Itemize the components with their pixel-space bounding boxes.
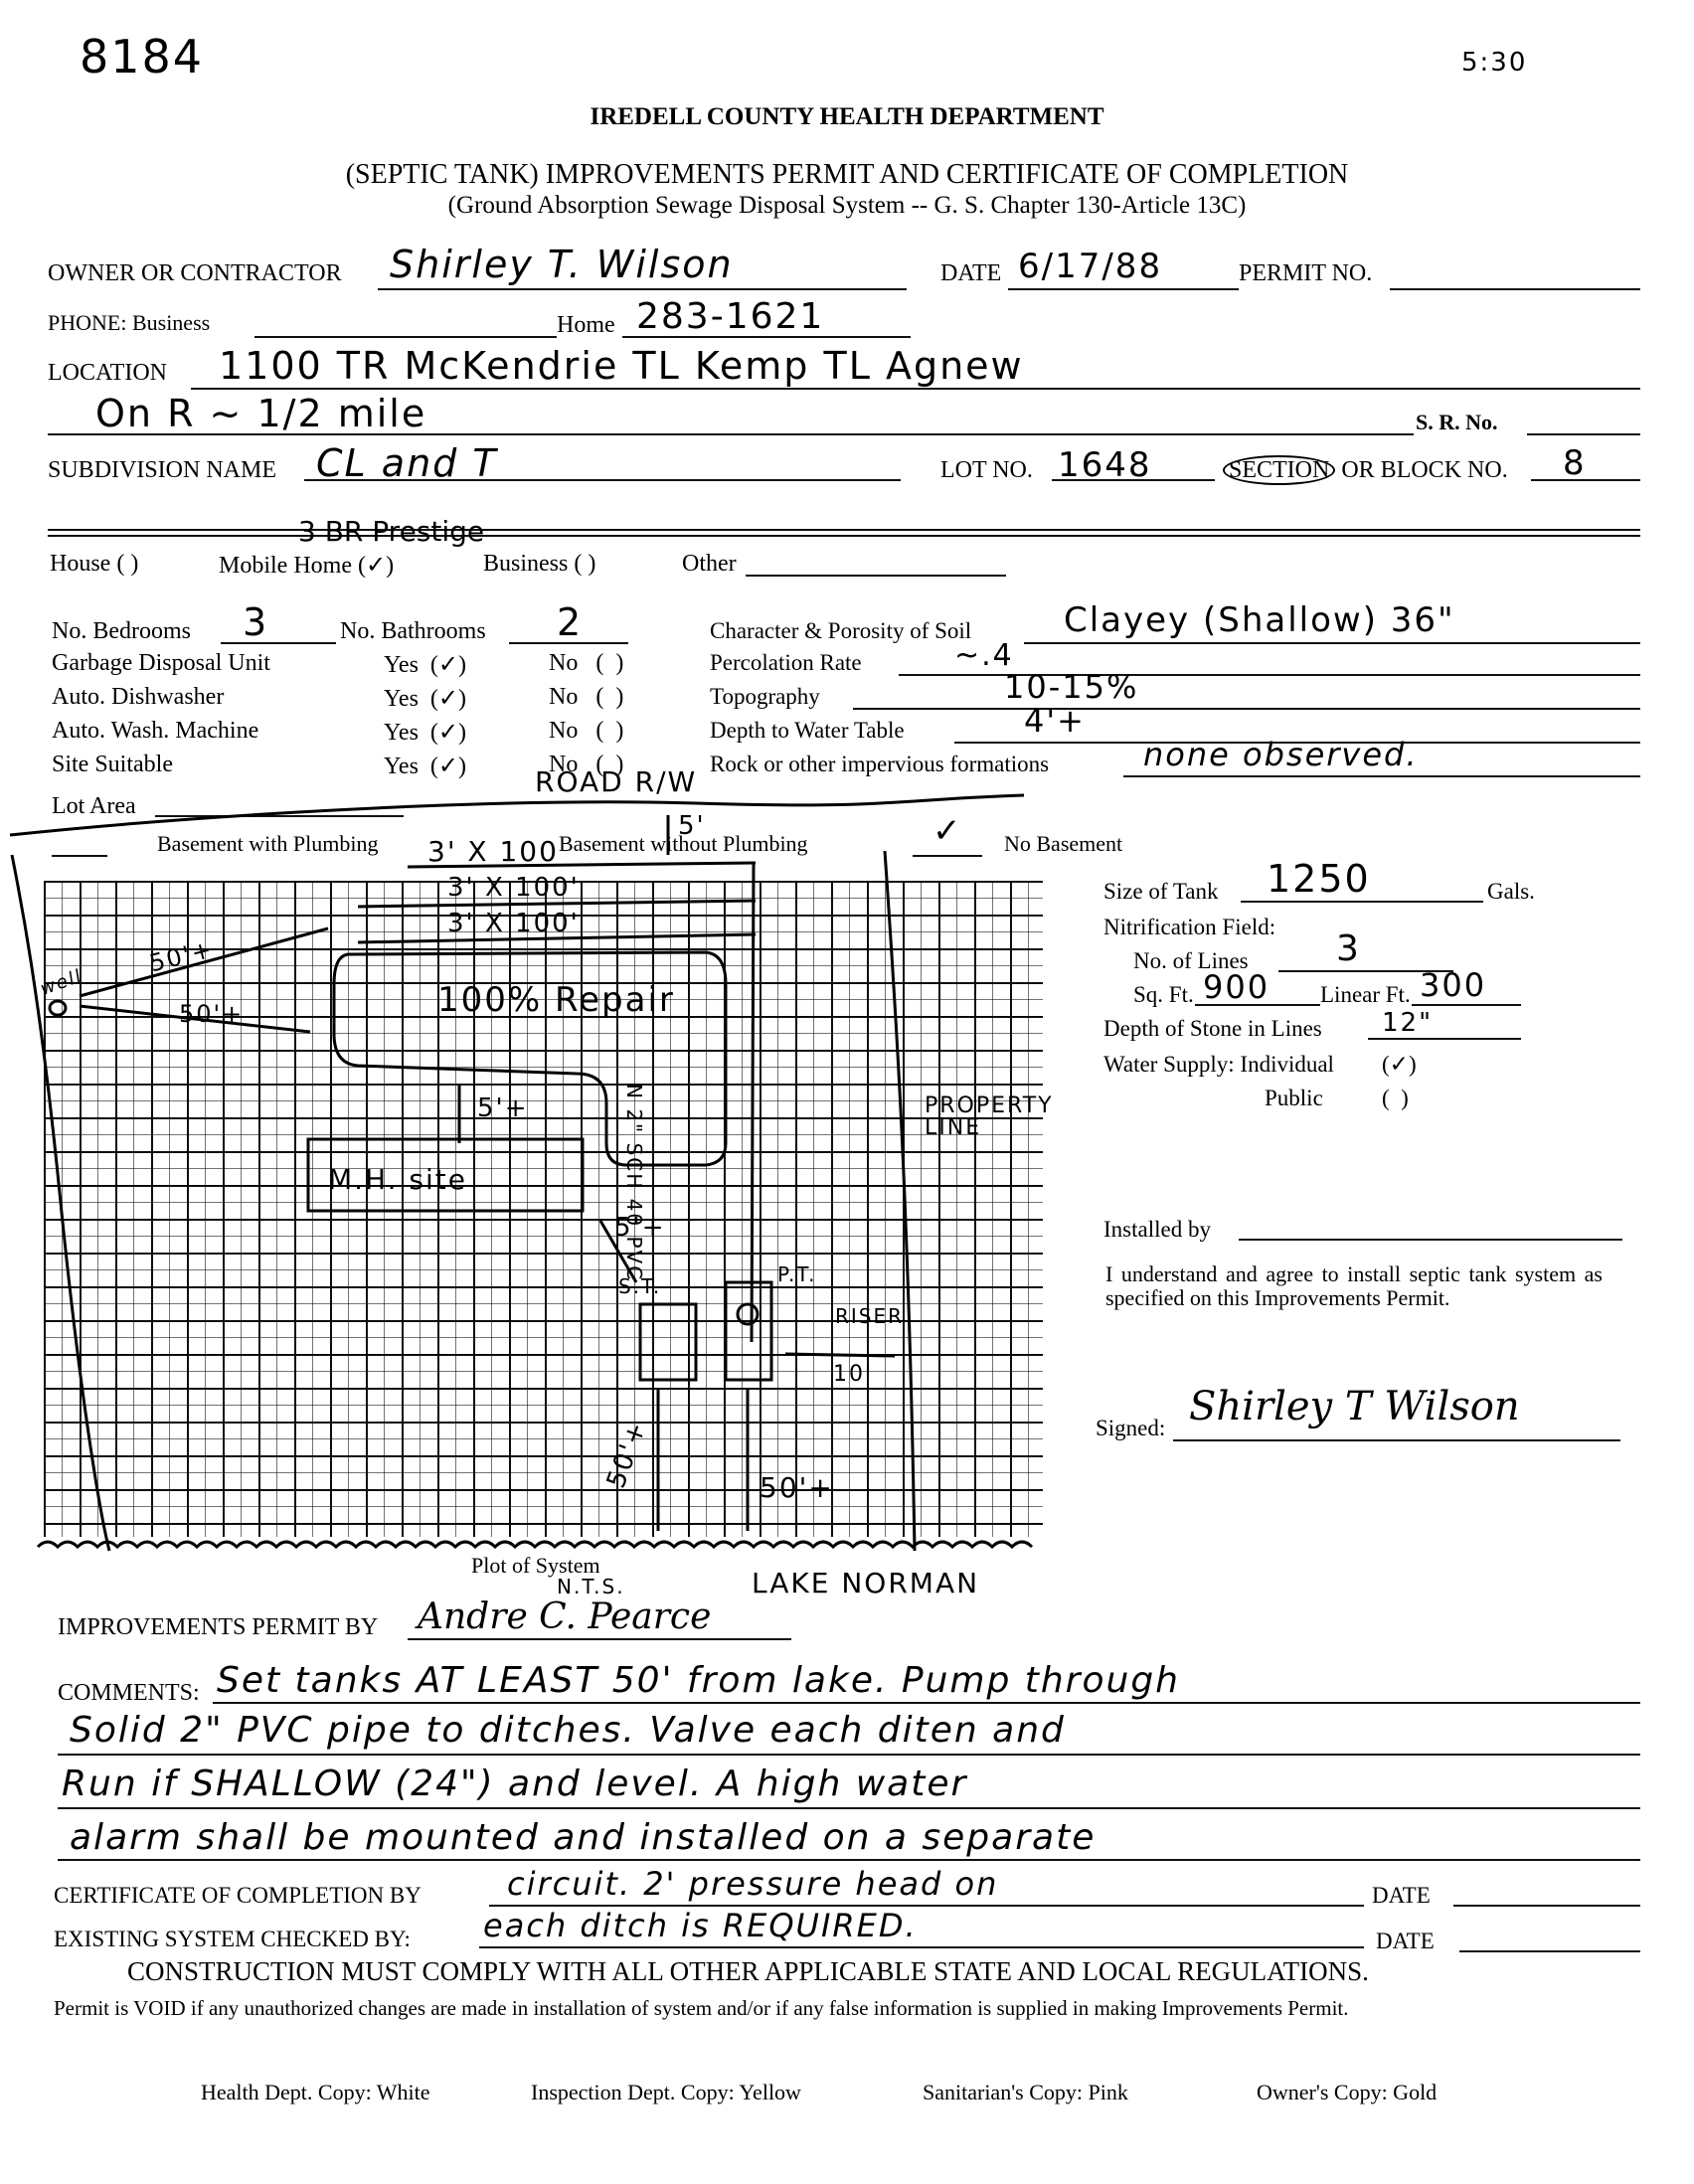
septic-tank-label: S.T. (618, 1274, 661, 1298)
existing-date-label: DATE (1376, 1929, 1435, 1954)
stone-depth-field[interactable]: 12" (1382, 1008, 1433, 1038)
public-checkbox[interactable]: ( ) (1382, 1086, 1409, 1111)
pipe-note: N 2" SCH 40 PVC (622, 1084, 646, 1281)
plot-scale: N.T.S. (557, 1575, 625, 1598)
public-option[interactable]: Public (1265, 1086, 1323, 1111)
existing-system-field[interactable]: each ditch is REQUIRED. (483, 1907, 918, 1944)
comment-line[interactable]: Solid 2" PVC pipe to ditches. Valve each… (70, 1710, 1066, 1751)
line-label-2: 3' X 100' (447, 873, 580, 903)
lines-field[interactable]: 3 (1336, 928, 1361, 969)
permit-by-label: IMPROVEMENTS PERMIT BY (58, 1614, 378, 1641)
water-supply-label: Water Supply: (1103, 1052, 1235, 1077)
line-label-3: 3' X 100' (447, 909, 580, 938)
pump-tank-label: P.T. (777, 1262, 817, 1286)
comment-line[interactable]: alarm shall be mounted and installed on … (70, 1817, 1096, 1858)
repair-setback: 5'+ (477, 1093, 528, 1123)
sqft-label: Sq. Ft. (1133, 982, 1194, 1008)
comment-line[interactable]: Run if SHALLOW (24") and level. A high w… (62, 1764, 967, 1804)
riser-distance: 10' (833, 1362, 873, 1387)
check-icon: ✓ (1390, 1052, 1409, 1078)
copy-inspection-dept: Inspection Dept. Copy: Yellow (531, 2080, 801, 2105)
individual-option[interactable]: Individual (1240, 1052, 1334, 1077)
linear-ft-field[interactable]: 300 (1420, 966, 1486, 1004)
line-label-1: 3' X 100 (427, 835, 559, 868)
road-offset: 5' (678, 811, 706, 841)
individual-checkbox[interactable]: (✓) (1382, 1052, 1417, 1078)
repair-label: 100% Repair (437, 980, 675, 1020)
void-notice: Permit is VOID if any unauthorized chang… (54, 1996, 1505, 2020)
certificate-field[interactable]: circuit. 2' pressure head on (507, 1865, 998, 1903)
installed-by-label: Installed by (1103, 1217, 1211, 1243)
lake-label: LAKE NORMAN (752, 1567, 979, 1599)
tank-size-field[interactable]: 1250 (1267, 857, 1371, 901)
comments-label: COMMENTS: (58, 1680, 200, 1707)
owner-signature: Shirley T Wilson (1189, 1384, 1520, 1429)
property-line-label: PROPERTY LINE (925, 1095, 1094, 1139)
tank-size-unit: Gals. (1487, 879, 1535, 905)
copy-health-dept: Health Dept. Copy: White (201, 2080, 430, 2105)
tank-size-label: Size of Tank (1103, 879, 1219, 905)
riser-label: RISER (835, 1304, 904, 1328)
certificate-date-label: DATE (1372, 1883, 1431, 1909)
compliance-notice: CONSTRUCTION MUST COMPLY WITH ALL OTHER … (127, 1956, 1369, 1987)
sqft-field[interactable]: 900 (1203, 968, 1270, 1006)
copy-sanitarian: Sanitarian's Copy: Pink (923, 2080, 1128, 2105)
comment-line[interactable]: Set tanks AT LEAST 50' from lake. Pump t… (217, 1660, 1180, 1701)
certificate-label: CERTIFICATE OF COMPLETION BY (54, 1883, 422, 1909)
nitrification-label: Nitrification Field: (1103, 915, 1275, 940)
agreement-text: I understand and agree to install septic… (1105, 1262, 1603, 1310)
mh-site-label: M.H. site (328, 1163, 467, 1196)
permit-by-signature: Andre C. Pearce (418, 1596, 711, 1637)
stone-depth-label: Depth of Stone in Lines (1103, 1016, 1322, 1042)
well-distance-2: 50'+ (179, 1000, 244, 1028)
linear-ft-label: Linear Ft. (1320, 982, 1411, 1008)
lake-distance-2: 50'+ (760, 1471, 834, 1504)
signed-label: Signed: (1096, 1416, 1165, 1441)
existing-system-label: EXISTING SYSTEM CHECKED BY: (54, 1927, 411, 1952)
copy-owner: Owner's Copy: Gold (1257, 2080, 1437, 2105)
road-label: ROAD R/W (535, 765, 697, 798)
